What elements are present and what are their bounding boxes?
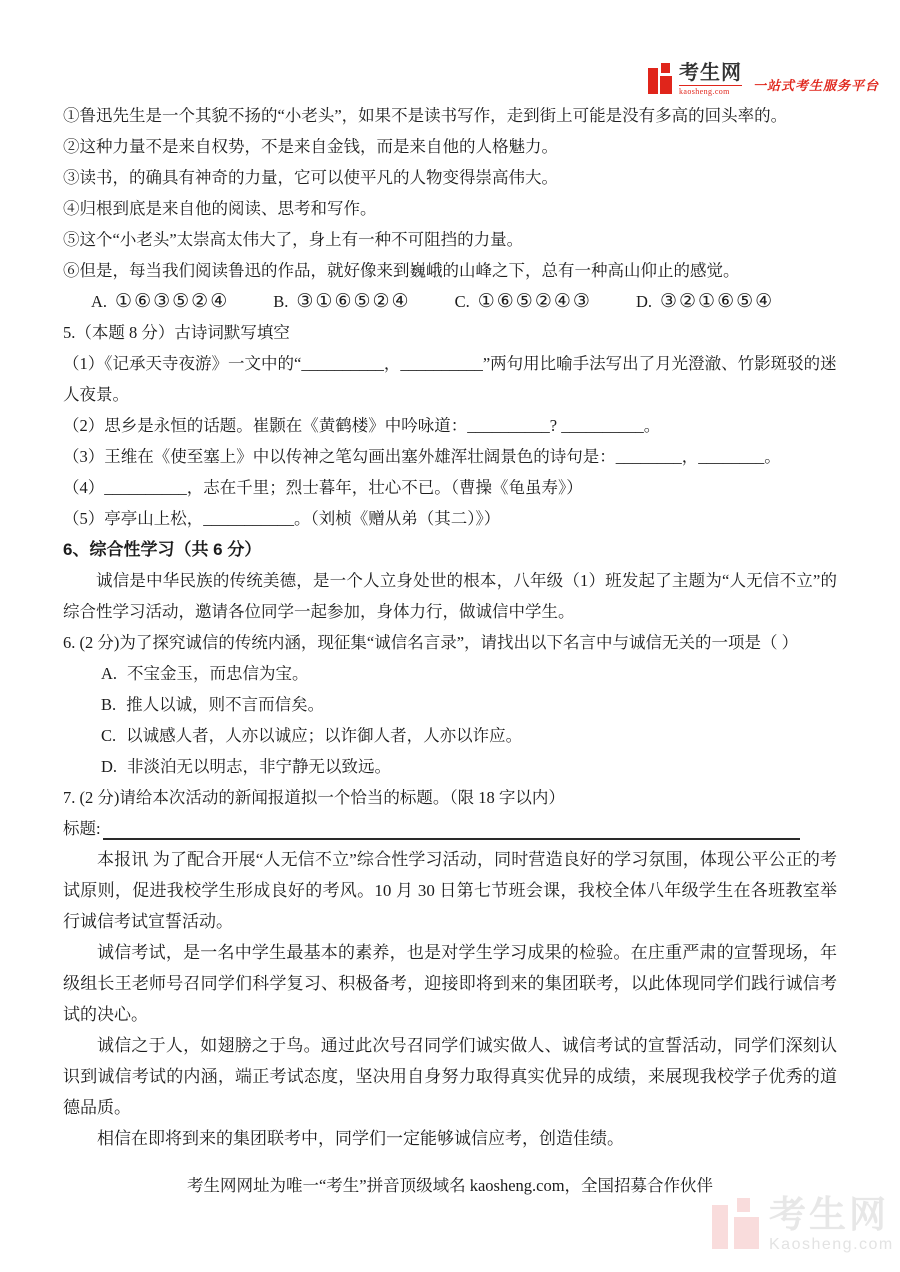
- ordering-options-row: A.①⑥③⑤②④ B.③①⑥⑤②④ C.①⑥⑤②④③ D.③②①⑥⑤④: [63, 286, 837, 317]
- q5-item-2: （2）思乡是永恒的话题。崔颢在《黄鹤楼》中吟咏道：__________? ___…: [63, 410, 837, 441]
- section6-intro: 诚信是中华民族的传统美德，是一个人立身处世的根本，八年级（1）班发起了主题为“人…: [63, 565, 837, 627]
- ordering-option-a: A.①⑥③⑤②④: [91, 286, 229, 317]
- passage-sentence-6: ⑥但是，每当我们阅读鲁迅的作品，就好像来到巍峨的山峰之下，总有一种高山仰止的感觉…: [63, 255, 837, 286]
- passage-sentence-4: ④归根到底是来自他的阅读、思考和写作。: [63, 193, 837, 224]
- watermark-domain: Kaosheng.com: [769, 1236, 894, 1254]
- kaosheng-watermark-logo: 考生网 Kaosheng.com: [712, 1198, 894, 1254]
- kaosheng-logo-icon: [648, 63, 672, 95]
- q7-stem: 7. (2 分)请给本次活动的新闻报道拟一个恰当的标题。（限 18 字以内）: [63, 782, 837, 813]
- brand-tagline: 一站式考生服务平台: [753, 75, 879, 94]
- ordering-option-d: D.③②①⑥⑤④: [636, 286, 774, 317]
- passage-sentence-2: ②这种力量不是来自权势，不是来自金钱，而是来自他的人格魅力。: [63, 131, 837, 162]
- q5-title: 5.（本题 8 分）古诗词默写填空: [63, 317, 837, 348]
- q7-answer-blank-line: [103, 818, 800, 840]
- q6-stem: 6. (2 分)为了探究诚信的传统内涵，现征集“诚信名言录”，请找出以下名言中与…: [63, 627, 837, 658]
- q6-option-c: C.以诚感人者，人亦以诚应；以诈御人者，人亦以诈应。: [63, 720, 837, 751]
- q7-title-label: 标题:: [63, 813, 101, 844]
- passage-sentence-1: ①鲁迅先生是一个其貌不扬的“小老头”，如果不是读书写作，走到街上可能是没有多高的…: [63, 100, 837, 131]
- report-paragraph-1: 本报讯 为了配合开展“人无信不立”综合性学习活动，同时营造良好的学习氛围，体现公…: [63, 844, 837, 937]
- q5-item-4: （4）__________，志在千里；烈士暮年，壮心不已。（曹操《龟虽寿》）: [63, 472, 837, 503]
- footer-note: 考生网网址为唯一“考生”拼音顶级域名 kaosheng.com，全国招募合作伙伴: [63, 1172, 837, 1196]
- brand-name: 考生网: [679, 63, 742, 83]
- q5-item-1: （1）《记承天寺夜游》一文中的“__________，__________”两句…: [63, 348, 837, 410]
- section6-title: 6、综合性学习（共 6 分）: [63, 534, 837, 565]
- q6-option-d: D.非淡泊无以明志，非宁静无以致远。: [63, 751, 837, 782]
- exam-content: ①鲁迅先生是一个其貌不扬的“小老头”，如果不是读书写作，走到街上可能是没有多高的…: [63, 100, 837, 1154]
- report-paragraph-4: 相信在即将到来的集团联考中，同学们一定能够诚信应考，创造佳绩。: [63, 1123, 837, 1154]
- q5-item-3: （3）王维在《使至塞上》中以传神之笔勾画出塞外雄浑壮阔景色的诗句是：______…: [63, 441, 837, 472]
- brand-text-block: 考生网 kaosheng.com: [679, 63, 742, 96]
- q6-option-b: B.推人以诚，则不言而信矣。: [63, 689, 837, 720]
- passage-sentence-5: ⑤这个“小老头”太崇高太伟大了，身上有一种不可阻挡的力量。: [63, 224, 837, 255]
- ordering-option-c: C.①⑥⑤②④③: [455, 286, 592, 317]
- watermark-text-block: 考生网 Kaosheng.com: [769, 1198, 894, 1254]
- watermark-brand-name: 考生网: [769, 1198, 894, 1232]
- passage-sentence-3: ③读书，的确具有神奇的力量，它可以使平凡的人物变得崇高伟大。: [63, 162, 837, 193]
- ordering-option-b: B.③①⑥⑤②④: [273, 286, 410, 317]
- kaosheng-watermark-icon: [712, 1198, 760, 1250]
- report-paragraph-3: 诚信之于人，如翅膀之于鸟。通过此次号召同学们诚实做人、诚信考试的宣誓活动，同学们…: [63, 1030, 837, 1123]
- brand-domain: kaosheng.com: [679, 85, 742, 96]
- q5-item-5: （5）亭亭山上松，___________。（刘桢《赠从弟（其二）》）: [63, 503, 837, 534]
- q7-answer-row: 标题:: [63, 813, 837, 844]
- report-paragraph-2: 诚信考试，是一名中学生最基本的素养，也是对学生学习成果的检验。在庄重严肃的宣誓现…: [63, 937, 837, 1030]
- kaosheng-logo: 考生网 kaosheng.com 一站式考生服务平台: [648, 63, 879, 96]
- q6-option-a: A.不宝金玉，而忠信为宝。: [63, 658, 837, 689]
